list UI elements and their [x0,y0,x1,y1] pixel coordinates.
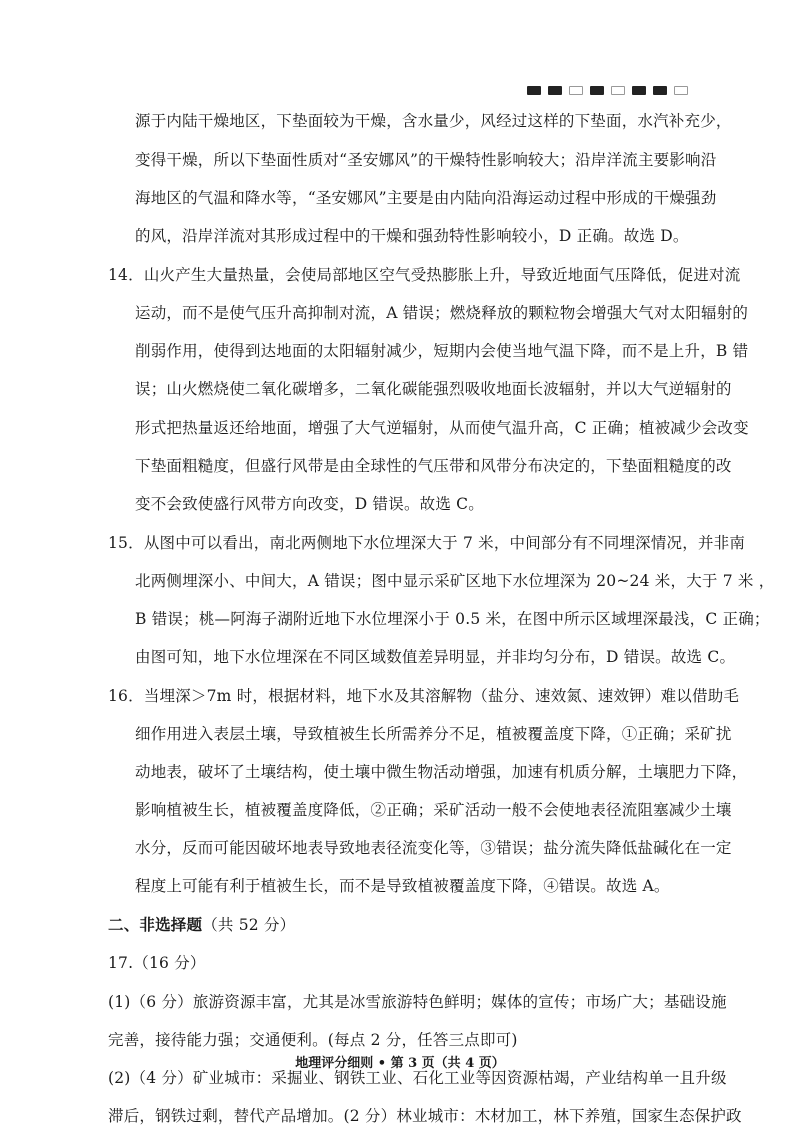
answer-14-line: 14．山火产生大量热量，会使局部地区空气受热膨胀上升，导致近地面气压降低，促进对… [108,265,740,285]
header-mark [611,86,625,95]
answer-14-line: 形式把热量返还给地面，增强了大气逆辐射，从而使气温升高，C 正确；植被减少会改变 [135,418,749,438]
answer-15-line: 由图可知，地下水位埋深在不同区域数值差异明显，并非均匀分布，D 错误。故选 C。 [135,647,735,667]
answer-16-line: 水分，反而可能因破坏地表导致地表径流变化等，③错误；盐分流失降低盐碱化在一定 [135,838,732,858]
answer-15-line: 北两侧埋深小、中间大，A 错误；图中显示采矿区地下水位埋深为 20~24 米，大… [135,571,774,591]
paragraph-line: 的风，沿岸洋流对其形成过程中的干燥和强劲特性影响较小，D 正确。故选 D。 [135,226,689,246]
answer-16-line: 影响植被生长，植被覆盖度降低，②正确；采矿活动一般不会使地表径流阻塞减少土壤 [135,800,732,820]
page-footer: 地理评分细则 • 第 3 页（共 4 页） [0,1052,800,1071]
header-mark [674,86,688,95]
answer-15-line: B 错误；桃—阿海子湖附近地下水位埋深小于 0.5 米，在图中所示区域埋深最浅，… [135,609,770,629]
header-marks [527,86,688,95]
answer-14-line: 下垫面粗糙度，但盛行风带是由全球性的气压带和风带分布决定的，下垫面粗糙度的改 [135,456,732,476]
answer-14-line: 误；山火燃烧使二氧化碳增多，二氧化碳能强烈吸收地面长波辐射，并以大气逆辐射的 [135,379,732,399]
paragraph-line: 源于内陆干燥地区，下垫面较为干燥，含水量少，风经过这样的下垫面，水汽补充少， [135,111,732,131]
answer-17-line: (2)（4 分）矿业城市：采掘业、钢铁工业、石化工业等因资源枯竭，产业结构单一且… [108,1068,727,1088]
paragraph-line: 变得干燥，所以下垫面性质对“圣安娜风”的干燥特性影响较大；沿岸洋流主要影响沿 [135,150,716,170]
header-mark [590,86,604,95]
header-mark [653,86,667,95]
answer-17-line: (1)（6 分）旅游资源丰富，尤其是冰雪旅游特色鲜明；媒体的宣传；市场广大；基础… [108,992,727,1012]
header-mark [569,86,583,95]
header-mark [548,86,562,95]
answer-17-line: 滞后，钢铁过剩，替代产品增加。(2 分）林业城市：木材加工，林下养殖，国家生态保… [108,1106,742,1126]
header-mark [632,86,646,95]
section-score: （共 52 分） [202,916,295,934]
question-17-heading: 17.（16 分） [108,953,206,973]
answer-16-line: 程度上可能有利于植被生长，而不是导致植被覆盖度下降，④错误。故选 A。 [135,876,670,896]
answer-15-line: 15．从图中可以看出，南北两侧地下水位埋深大于 7 米，中间部分有不同埋深情况，… [108,533,745,553]
answer-16-line: 16．当埋深＞7m 时，根据材料，地下水及其溶解物（盐分、速效氮、速效钾）难以借… [108,686,739,706]
answer-17-line: 完善，接待能力强；交通便利。(每点 2 分，任答三点即可) [108,1030,518,1050]
answer-16-line: 细作用进入表层土壤，导致植被生长所需养分不足，植被覆盖度下降，①正确；采矿扰 [135,724,732,744]
section-heading: 二、非选择题（共 52 分） [108,915,295,935]
section-title: 二、非选择题 [108,915,202,934]
paragraph-line: 海地区的气温和降水等，“圣安娜风”主要是由内陆向沿海运动过程中形成的干燥强劲 [135,188,716,208]
answer-14-line: 运动，而不是使气压升高抑制对流，A 错误；燃烧释放的颗粒物会增强大气对太阳辐射的 [135,303,748,323]
answer-14-line: 变不会致使盛行风带方向改变，D 错误。故选 C。 [135,494,484,514]
answer-16-line: 动地表，破坏了土壤结构，使土壤中微生物活动增强，加速有机质分解，土壤肥力下降， [135,762,747,782]
answer-14-line: 削弱作用，使得到达地面的太阳辐射减少，短期内会使当地气温下降，而不是上升，B 错 [135,341,748,361]
header-mark [527,86,541,95]
